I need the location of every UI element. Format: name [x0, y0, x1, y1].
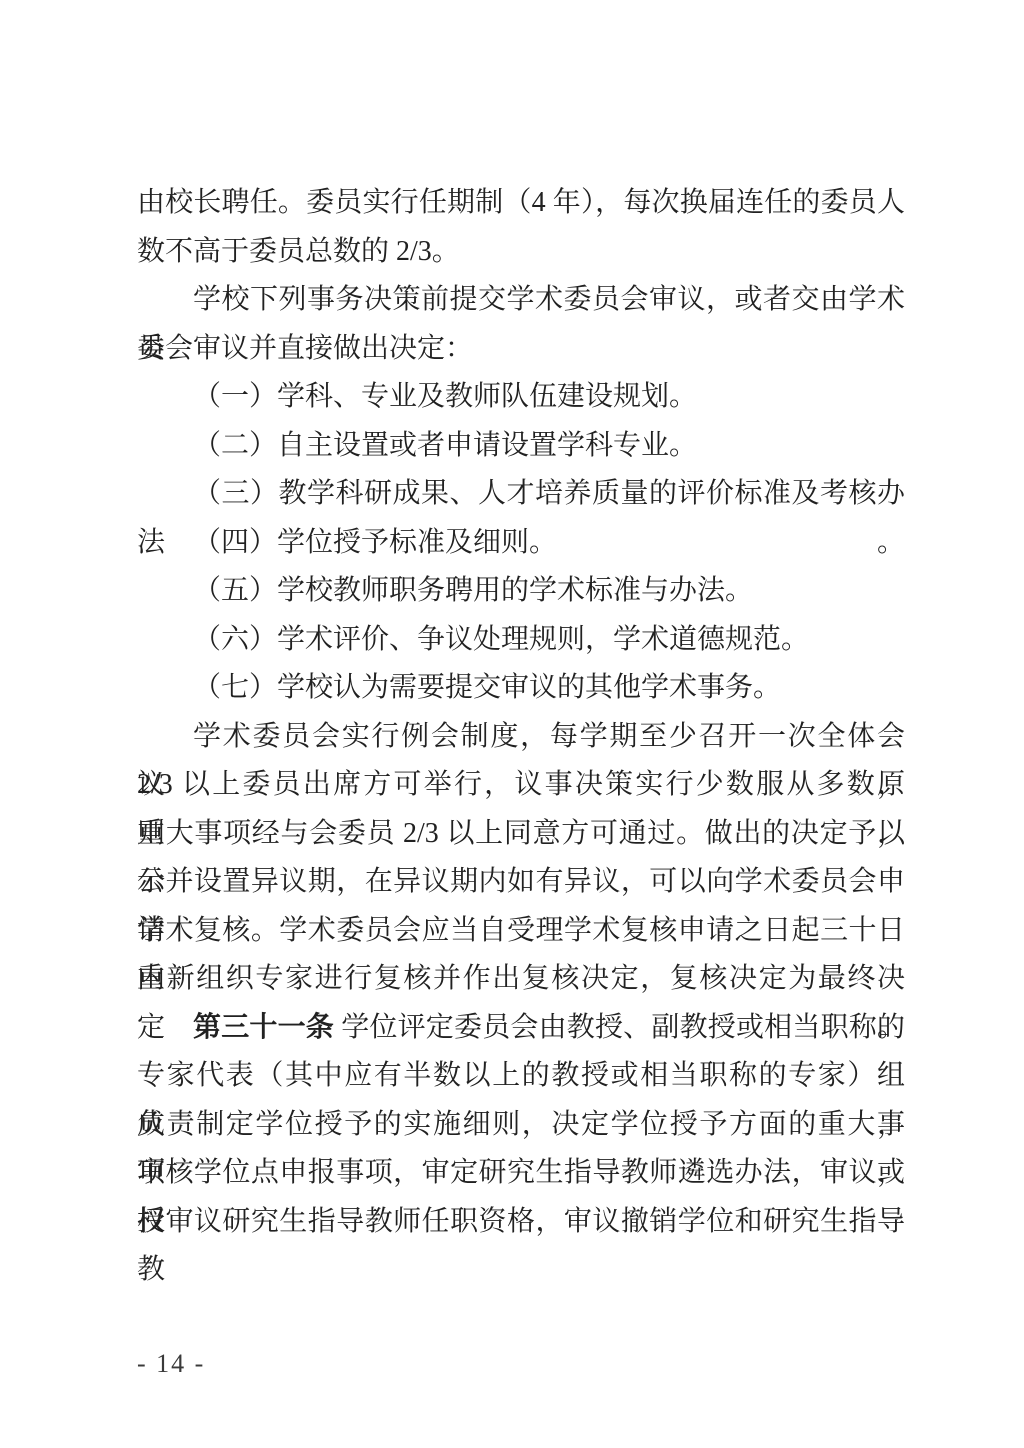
document-body: 由校长聘任。委员实行任期制（4 年），每次换届连任的委员人 数不高于委员总数的 … — [137, 179, 905, 1246]
text-line: 审核学位点申报事项，审定研究生指导教师遴选办法，审议或授 — [137, 1149, 905, 1198]
text-line: 数不高于委员总数的 2/3。 — [137, 228, 905, 277]
text-line: 员会审议并直接做出决定： — [137, 325, 905, 374]
article-text: 学位评定委员会由教授、副教授或相当职称的 — [334, 1012, 905, 1043]
text-line: 2/3 以上委员出席方可举行，议事决策实行少数服从多数原则， — [137, 761, 905, 810]
text-line: 学术委员会实行例会制度，每学期至少召开一次全体会议， — [137, 713, 905, 762]
text-line: 由校长聘任。委员实行任期制（4 年），每次换届连任的委员人 — [137, 179, 905, 228]
text-line: 权审议研究生指导教师任职资格，审议撤销学位和研究生指导教 — [137, 1198, 905, 1247]
list-item-2: （二）自主设置或者申请设置学科专业。 — [137, 422, 905, 471]
list-item-7: （七）学校认为需要提交审议的其他学术事务。 — [137, 664, 905, 713]
text-line: 专家代表（其中应有半数以上的教授或相当职称的专家）组成， — [137, 1052, 905, 1101]
text-line: 重大事项经与会委员 2/3 以上同意方可通过。做出的决定予以公 — [137, 810, 905, 859]
text-line: 学校下列事务决策前提交学术委员会审议，或者交由学术委 — [137, 276, 905, 325]
text-line: 重新组织专家进行复核并作出复核决定，复核决定为最终决定。 — [137, 955, 905, 1004]
list-item-1: （一）学科、专业及教师队伍建设规划。 — [137, 373, 905, 422]
article-31-line: 第三十一条 学位评定委员会由教授、副教授或相当职称的 — [137, 1004, 905, 1053]
text-line: 示并设置异议期，在异议期内如有异议，可以向学术委员会申请 — [137, 858, 905, 907]
text-line: 负责制定学位授予的实施细则，决定学位授予方面的重大事项， — [137, 1101, 905, 1150]
document-page: 由校长聘任。委员实行任期制（4 年），每次换届连任的委员人 数不高于委员总数的 … — [0, 0, 1024, 1448]
list-item-5: （五）学校教师职务聘用的学术标准与办法。 — [137, 567, 905, 616]
article-number: 第三十一条 — [193, 1012, 334, 1043]
text-line: 学术复核。学术委员会应当自受理学术复核申请之日起三十日内 — [137, 907, 905, 956]
list-item-6: （六）学术评价、争议处理规则，学术道德规范。 — [137, 616, 905, 665]
page-number: - 14 - — [137, 1349, 205, 1379]
list-item-3: （三）教学科研成果、人才培养质量的评价标准及考核办法。 — [137, 470, 905, 519]
